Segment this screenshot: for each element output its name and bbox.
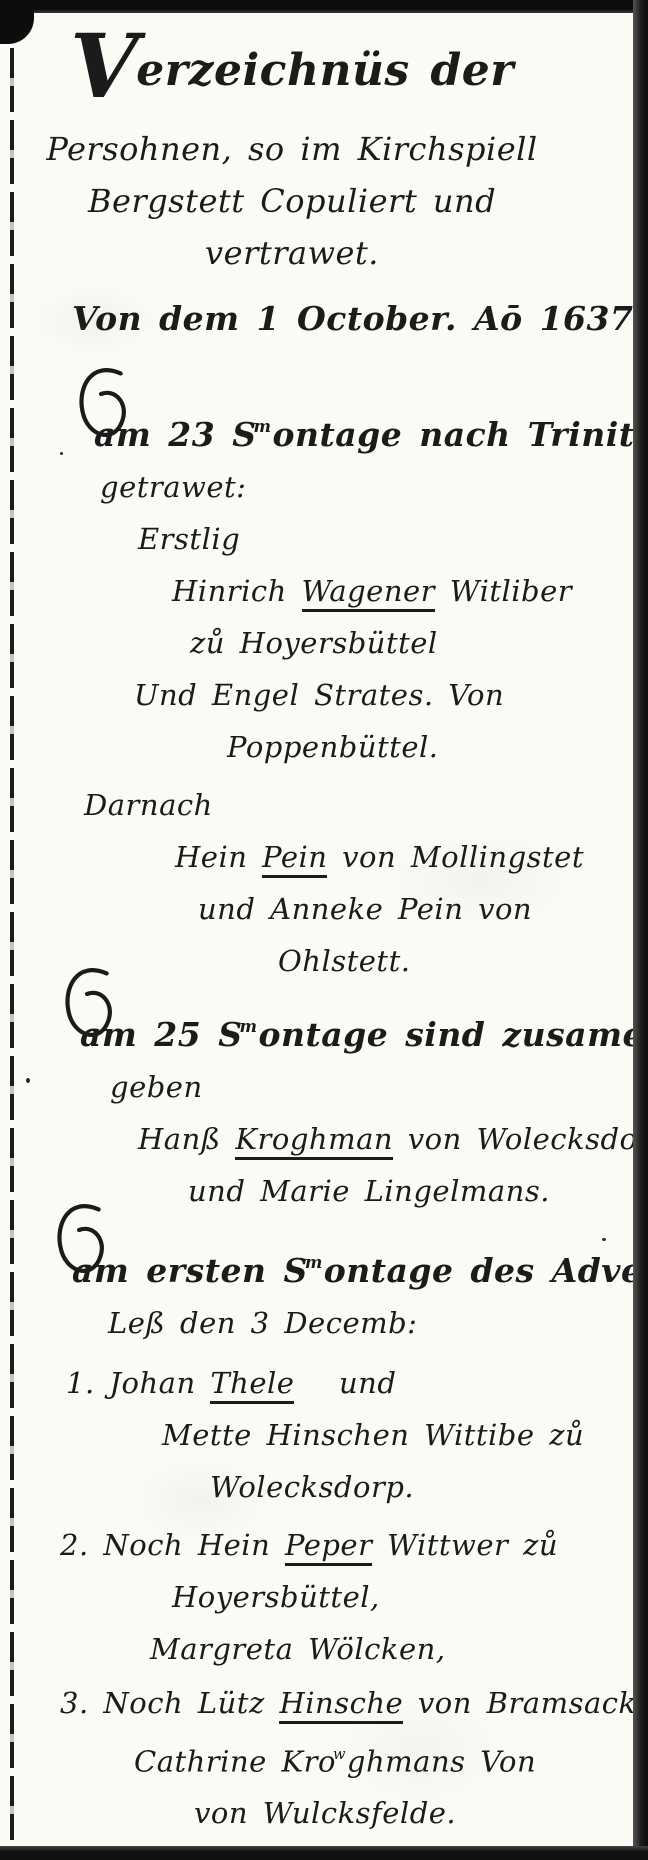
- line-no2-place: Hoyersbüttel,: [172, 1571, 624, 1623]
- manuscript-page: Verzeichnüs derPersohnen, so im Kirchspi…: [0, 0, 648, 1860]
- text-segment: 2. Noch Hein: [60, 1528, 285, 1562]
- text-segment: von Bramsack: [403, 1686, 636, 1720]
- text-segment: und Anneke Pein von: [198, 892, 532, 926]
- scan-border-left: [10, 48, 14, 1848]
- line-no3-groom: 3. Noch Lütz Hinsche von Bramsack: [60, 1677, 624, 1729]
- line-bride-1: Und Engel Strates. Von: [134, 669, 624, 721]
- text-segment: Bergstett Copuliert und: [88, 182, 496, 220]
- line-no3-place: von Wulcksfelde.: [194, 1787, 624, 1839]
- line-groom-2: Hein Pein von Mollingstet: [175, 831, 624, 883]
- scan-border-right: [633, 0, 648, 1860]
- line-dateline: Von dem 1 October. Aō 1637.: [72, 293, 624, 345]
- text-segment: Persohnen, so im Kirchspiell: [46, 130, 537, 168]
- text-segment: von Wulcksfelde.: [194, 1796, 456, 1830]
- underlined-name: Peper: [285, 1528, 372, 1566]
- title-initial: V: [70, 14, 136, 118]
- line-advent-date: am ersten Smontage des Advents.: [72, 1237, 624, 1297]
- line-groom-3: Hanß Kroghman von Wolecksdorp: [138, 1113, 624, 1165]
- underlined-name: Thele: [210, 1366, 294, 1404]
- line-title-3: Bergstett Copuliert und: [22, 175, 624, 227]
- line-advent-date-2: Leß den 3 Decemb:: [108, 1297, 624, 1349]
- superscript-mark: m: [254, 417, 272, 436]
- line-no1-bride: Mette Hinschen Wittibe zů: [162, 1409, 624, 1461]
- scan-border-top: [0, 0, 648, 13]
- text-segment: Leß den 3 Decemb:: [108, 1306, 417, 1340]
- text-segment: von Wolecksdorp: [393, 1122, 648, 1156]
- text-segment: Cathrine Kro: [134, 1744, 336, 1778]
- underlined-name: Hinsche: [279, 1686, 403, 1724]
- text-segment: Darnach: [84, 788, 213, 822]
- line-no1-groom: 1. Johan Thele und: [66, 1357, 624, 1409]
- text-segment: und: [294, 1366, 396, 1400]
- line-entry-a-date: am 23 Smontage nach Trinit: sind: [94, 401, 624, 461]
- line-bride-2-place: Ohlstett.: [278, 935, 624, 987]
- text-segment: Wolecksdorp.: [210, 1470, 414, 1504]
- line-entry-a2-word: Darnach: [84, 779, 624, 831]
- text-segment: Und Engel Strates. Von: [134, 678, 504, 712]
- underlined-name: Pein: [262, 840, 327, 878]
- text-segment: Ohlstett.: [278, 944, 410, 978]
- ink-speck: [60, 452, 63, 455]
- line-entry-a-word: getrawet:: [100, 461, 624, 513]
- line-no2-bride: Margreta Wölcken,: [150, 1623, 624, 1675]
- manuscript-text: Verzeichnüs derPersohnen, so im Kirchspi…: [22, 0, 624, 1839]
- text-segment: zů Hoyersbüttel: [190, 626, 438, 660]
- text-segment: ontage des Advents.: [324, 1251, 648, 1290]
- line-entry-b-word: geben: [110, 1061, 624, 1113]
- superscript-mark: w: [333, 1747, 346, 1763]
- text-segment: Poppenbüttel.: [227, 730, 438, 764]
- text-segment: ontage nach Trinit: sind: [273, 415, 648, 454]
- text-segment: Von dem 1 October. Aō 1637.: [72, 299, 645, 338]
- line-bride-1-place: Poppenbüttel.: [227, 721, 624, 773]
- text-segment: Erstlig: [138, 522, 240, 556]
- text-segment: Hoyersbüttel,: [172, 1580, 380, 1614]
- ink-speck: [602, 1238, 606, 1241]
- text-segment: 1. Johan: [66, 1366, 210, 1400]
- line-groom-1-place: zů Hoyersbüttel: [190, 617, 624, 669]
- text-segment: Hein: [175, 840, 262, 874]
- underlined-name: Wagener: [302, 574, 436, 612]
- line-bride-3: und Marie Lingelmans.: [188, 1165, 624, 1217]
- text-segment: Wittwer zů: [372, 1528, 558, 1562]
- line-bride-2: und Anneke Pein von: [198, 883, 624, 935]
- text-segment: ontage sind zusamen ge,: [259, 1015, 648, 1054]
- text-segment: und Marie Lingelmans.: [188, 1174, 550, 1208]
- text-segment: Mette Hinschen Wittibe zů: [162, 1418, 584, 1452]
- line-no3-bride: Cathrine Krowghmans Von: [134, 1729, 624, 1787]
- text-segment: Witliber: [435, 574, 572, 608]
- text-segment: Hanß: [138, 1122, 235, 1156]
- line-entry-a-first: Erstlig: [138, 513, 624, 565]
- text-segment: getrawet:: [100, 470, 246, 504]
- line-no1-place: Wolecksdorp.: [210, 1461, 624, 1513]
- line-title-4: vertrawet.: [22, 227, 624, 279]
- line-title-1: Verzeichnüs der: [22, 18, 624, 123]
- text-segment: vertrawet.: [205, 234, 379, 272]
- scan-border-bottom: [0, 1846, 648, 1860]
- text-segment: von Mollingstet: [327, 840, 584, 874]
- initial-flourish-icon: [74, 365, 130, 451]
- initial-flourish-icon: [52, 1201, 108, 1287]
- line-no2-groom: 2. Noch Hein Peper Wittwer zů: [60, 1519, 624, 1571]
- superscript-mark: m: [240, 1017, 258, 1036]
- line-entry-b-date: am 25 Smontage sind zusamen ge,: [80, 1001, 624, 1061]
- underlined-name: Kroghman: [235, 1122, 393, 1160]
- line-title-2: Persohnen, so im Kirchspiell: [22, 123, 624, 175]
- superscript-mark: m: [305, 1253, 323, 1272]
- ink-speck: [26, 1078, 30, 1083]
- text-segment: Hinrich: [172, 574, 302, 608]
- text-segment: geben: [110, 1070, 203, 1104]
- text-segment: ghmans Von: [347, 1744, 536, 1778]
- initial-flourish-icon: [60, 965, 116, 1051]
- line-groom-1: Hinrich Wagener Witliber: [172, 565, 624, 617]
- text-segment: 3. Noch Lütz: [60, 1686, 279, 1720]
- text-segment: erzeichnüs der: [136, 45, 514, 96]
- text-segment: Margreta Wölcken,: [150, 1632, 446, 1666]
